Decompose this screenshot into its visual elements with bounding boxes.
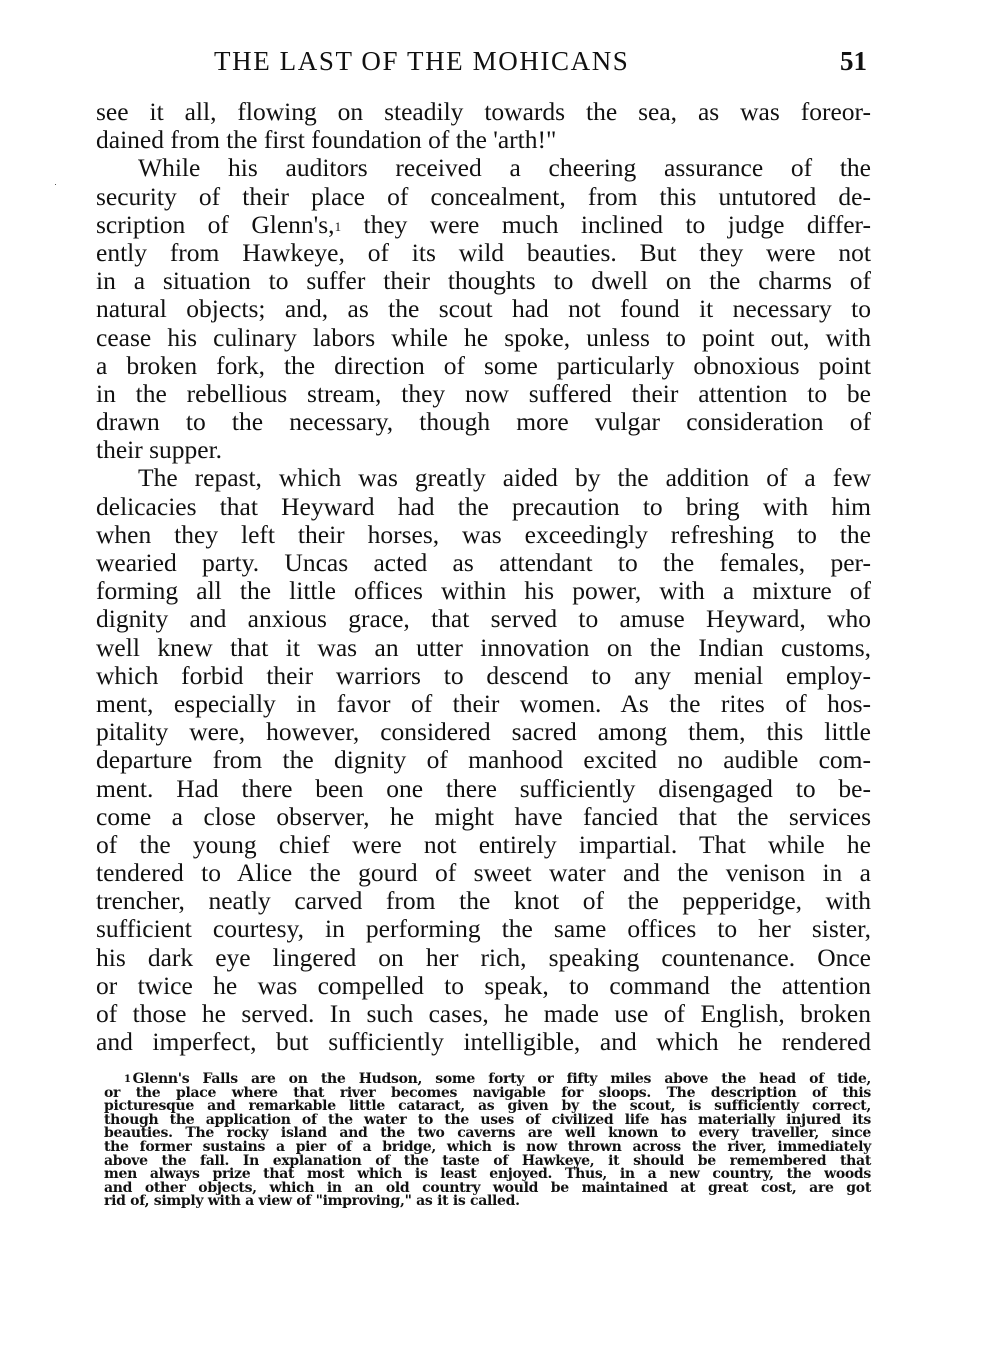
text-line: wearied party. Uncas acted as attendant …	[96, 549, 871, 577]
page-number: 51	[840, 46, 867, 77]
footnote-reference[interactable]: 1	[335, 219, 342, 234]
text-line: ment. Had there been one there sufficien…	[96, 775, 871, 803]
text-line: pitality were, however, considered sacre…	[96, 718, 871, 746]
text-line: of those he served. In such cases, he ma…	[96, 1000, 871, 1028]
text-line-with-footnote: scription of Glenn's,1 they were much in…	[96, 211, 871, 239]
text-line: and imperfect, but sufficiently intellig…	[96, 1028, 871, 1056]
text-line: when they left their horses, was exceedi…	[96, 521, 871, 549]
footnote-line: rid of, simply with a view of "improving…	[104, 1195, 871, 1209]
text-line: or twice he was compelled to speak, to c…	[96, 972, 871, 1000]
body-text: see it all, flowing on steadily towards …	[96, 98, 871, 1056]
text-line: departure from the dignity of manhood ex…	[96, 746, 871, 774]
text-line: come a close observer, he might have fan…	[96, 803, 871, 831]
text-line: sufficient courtesy, in performing the s…	[96, 915, 871, 943]
paragraph-start-line: The repast, which was greatly aided by t…	[96, 464, 871, 492]
text-line: tendered to Alice the gourd of sweet wat…	[96, 859, 871, 887]
text-line: trencher, neatly carved from the knot of…	[96, 887, 871, 915]
margin-speck	[55, 184, 56, 185]
footnote-marker: 1	[124, 1074, 131, 1085]
text-line: natural objects; and, as the scout had n…	[96, 295, 871, 323]
text-line: ment, especially in favor of their women…	[96, 690, 871, 718]
text-line: dained from the first foundation of the …	[96, 126, 871, 154]
text-line: security of their place of concealment, …	[96, 183, 871, 211]
footnote: 1Glenn's Falls are on the Hudson, some f…	[104, 1073, 871, 1209]
paragraph-start-line: While his auditors received a cheering a…	[96, 154, 871, 182]
text-line: cease his culinary labors while he spoke…	[96, 324, 871, 352]
text-line: dignity and anxious grace, that served t…	[96, 605, 871, 633]
running-title: THE LAST OF THE MOHICANS	[214, 46, 629, 77]
text-line: delicacies that Heyward had the precauti…	[96, 493, 871, 521]
text-line: in a situation to suffer their thoughts …	[96, 267, 871, 295]
text-line: ently from Hawkeye, of its wild beauties…	[96, 239, 871, 267]
text-line: in the rebellious stream, they now suffe…	[96, 380, 871, 408]
text-line: see it all, flowing on steadily towards …	[96, 98, 871, 126]
text-line: his dark eye lingered on her rich, speak…	[96, 944, 871, 972]
text-line: their supper.	[96, 436, 871, 464]
text-fragment: they were much inclined to judge differ-	[364, 210, 871, 239]
text-line: which forbid their warriors to descend t…	[96, 662, 871, 690]
running-header: THE LAST OF THE MOHICANS 51	[96, 46, 871, 80]
text-line: forming all the little offices within hi…	[96, 577, 871, 605]
text-line: a broken fork, the direction of some par…	[96, 352, 871, 380]
text-line: of the young chief were not entirely imp…	[96, 831, 871, 859]
text-line: drawn to the necessary, though more vulg…	[96, 408, 871, 436]
text-fragment: scription of Glenn's,	[96, 210, 335, 239]
text-line: well knew that it was an utter innovatio…	[96, 634, 871, 662]
